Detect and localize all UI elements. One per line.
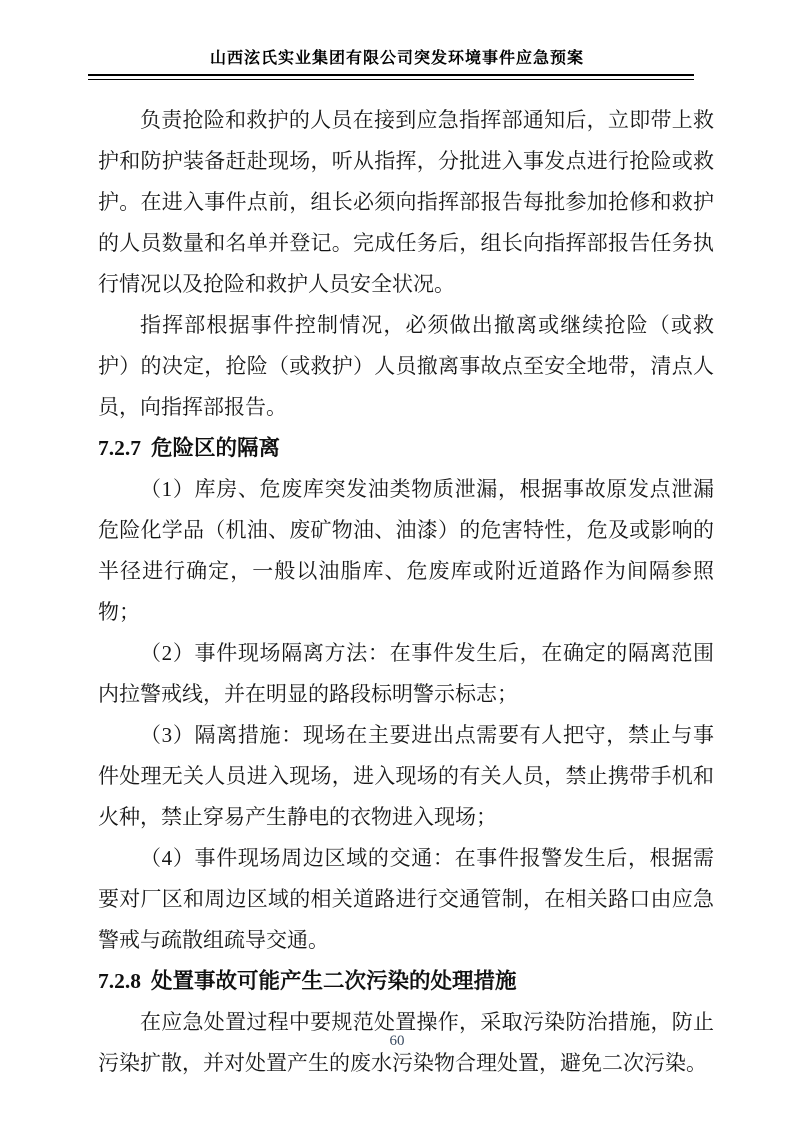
section-title-728: 处置事故可能产生二次污染的处理措施 bbox=[151, 969, 517, 993]
section-number-727: 7.2.7 bbox=[98, 436, 141, 460]
list-item-isolation-3: （3）隔离措施：现场在主要进出点需要有人把守，禁止与事件处理无关人员进入现场，进… bbox=[98, 715, 714, 838]
section-heading-727: 7.2.7危险区的隔离 bbox=[98, 428, 714, 469]
list-item-isolation-4: （4）事件现场周边区域的交通：在事件报警发生后，根据需要对厂区和周边区域的相关道… bbox=[98, 838, 714, 961]
header-title: 山西泫氏实业集团有限公司突发环境事件应急预案 bbox=[0, 45, 794, 68]
paragraph-rescue-procedure: 负责抢险和救护的人员在接到应急指挥部通知后，立即带上救护和防护装备赶赴现场，听从… bbox=[98, 100, 714, 305]
header-divider bbox=[88, 74, 694, 80]
list-item-isolation-2: （2）事件现场隔离方法：在事件发生后，在确定的隔离范围内拉警戒线，并在明显的路段… bbox=[98, 633, 714, 715]
section-heading-728: 7.2.8处置事故可能产生二次污染的处理措施 bbox=[98, 961, 714, 1002]
document-body: 负责抢险和救护的人员在接到应急指挥部通知后，立即带上救护和防护装备赶赴现场，听从… bbox=[98, 100, 714, 1084]
page-number: 60 bbox=[0, 1033, 794, 1050]
section-number-728: 7.2.8 bbox=[98, 969, 141, 993]
paragraph-command-withdrawal: 指挥部根据事件控制情况，必须做出撤离或继续抢险（或救护）的决定，抢险（或救护）人… bbox=[98, 305, 714, 428]
document-page: 山西泫氏实业集团有限公司突发环境事件应急预案 负责抢险和救护的人员在接到应急指挥… bbox=[0, 0, 794, 1123]
section-title-727: 危险区的隔离 bbox=[151, 436, 280, 460]
list-item-isolation-1: （1）库房、危废库突发油类物质泄漏，根据事故原发点泄漏危险化学品（机油、废矿物油… bbox=[98, 469, 714, 633]
